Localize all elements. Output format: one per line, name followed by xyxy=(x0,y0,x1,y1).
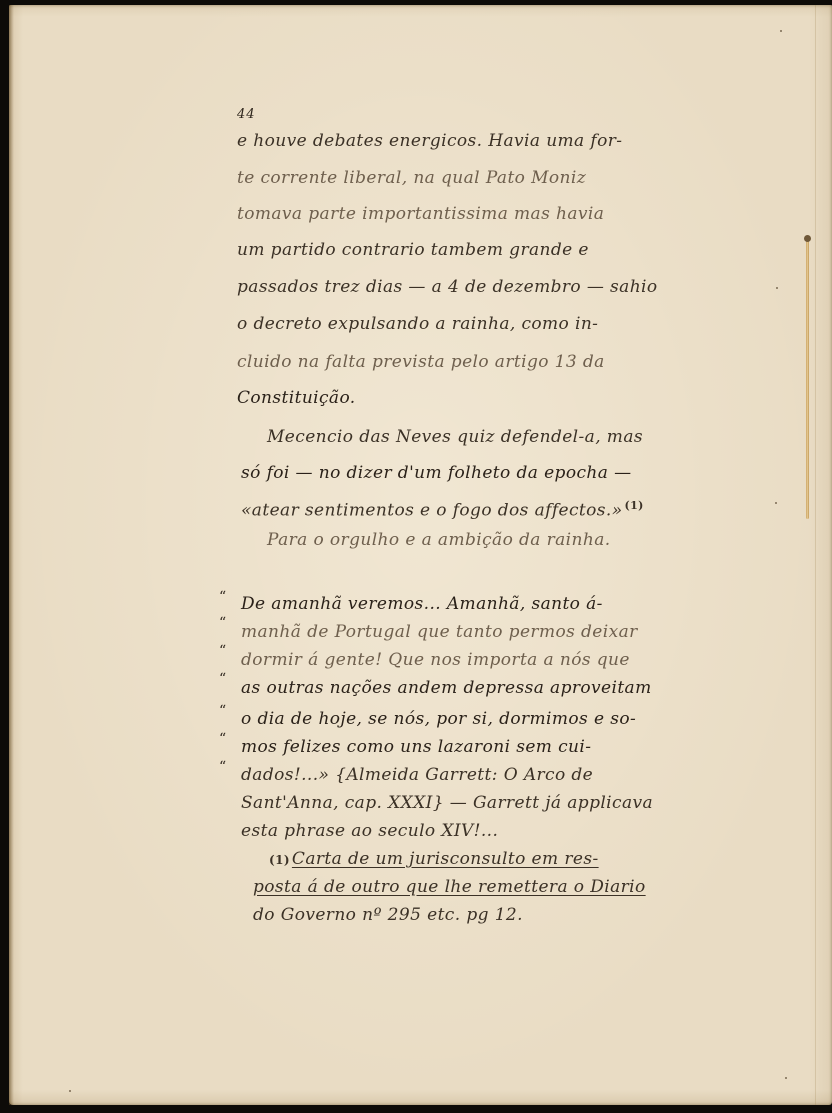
text-line-content: «atear sentimentos e o fogo dos affectos… xyxy=(241,501,623,521)
footnote-marker: (1) xyxy=(269,853,290,867)
text-line: e houve debates energicos. Havia uma for… xyxy=(237,130,622,152)
footnote-line: do Governo nº 295 etc. pg 12. xyxy=(253,904,523,926)
quotation-line: esta phrase ao seculo XIV!... xyxy=(241,820,498,842)
text-line: tomava parte importantissima mas havia xyxy=(237,203,604,225)
quote-margin-mark: “ xyxy=(219,589,226,605)
quotation-line: De amanhã veremos... Amanhã, santo á- xyxy=(241,593,603,615)
quote-margin-mark: “ xyxy=(219,731,226,747)
text-line: passados trez dias — a 4 de dezembro — s… xyxy=(237,276,658,298)
quotation-line: dados!...» {Almeida Garrett: O Arco de xyxy=(241,764,593,786)
text-line: um partido contrario tambem grande e xyxy=(237,239,589,261)
text-line: Constituição. xyxy=(237,387,356,409)
quotation-line: o dia de hoje, se nós, por si, dormimos … xyxy=(241,708,636,730)
text-line: o decreto expulsando a rainha, como in- xyxy=(237,313,598,335)
page-number: 44 xyxy=(237,107,256,122)
text-line: Mecencio das Neves quiz defendel-a, mas xyxy=(267,426,643,448)
text-line: te corrente liberal, na qual Pato Moniz xyxy=(237,167,586,189)
text-line: cluido na falta prevista pelo artigo 13 … xyxy=(237,351,605,373)
quote-margin-mark: “ xyxy=(219,703,226,719)
quotation-line: mos felizes como uns lazaroni sem cui- xyxy=(241,736,591,758)
quotation-line: as outras nações andem depressa aproveit… xyxy=(241,677,652,699)
quote-margin-mark: “ xyxy=(219,671,226,687)
quote-margin-mark: “ xyxy=(219,615,226,631)
text-line: «atear sentimentos e o fogo dos affectos… xyxy=(241,495,644,522)
quotation-line: dormir á gente! Que nos importa a nós qu… xyxy=(241,649,630,671)
quotation-line: manhã de Portugal que tanto permos deixa… xyxy=(241,621,638,643)
footnote-text: Carta de um jurisconsulto em res- xyxy=(292,849,599,869)
text-line: só foi — no dizer d'um folheto da epocha… xyxy=(241,462,631,484)
footnote-line: (1)Carta de um jurisconsulto em res- xyxy=(267,848,599,871)
quote-margin-mark: “ xyxy=(219,643,226,659)
manuscript-page: 44 e houve debates energicos. Havia uma … xyxy=(9,5,832,1105)
scan-background: 44 e houve debates energicos. Havia uma … xyxy=(0,0,832,1113)
footnote-line: posta á de outro que lhe remettera o Dia… xyxy=(253,876,646,898)
footnote-reference: (1) xyxy=(625,499,644,512)
manuscript-text: 44 e houve debates energicos. Havia uma … xyxy=(9,5,832,1105)
quotation-line: Sant'Anna, cap. XXXI} — Garrett já appli… xyxy=(241,792,653,814)
text-line: Para o orgulho e a ambição da rainha. xyxy=(267,529,611,551)
quote-margin-mark: “ xyxy=(219,759,226,775)
